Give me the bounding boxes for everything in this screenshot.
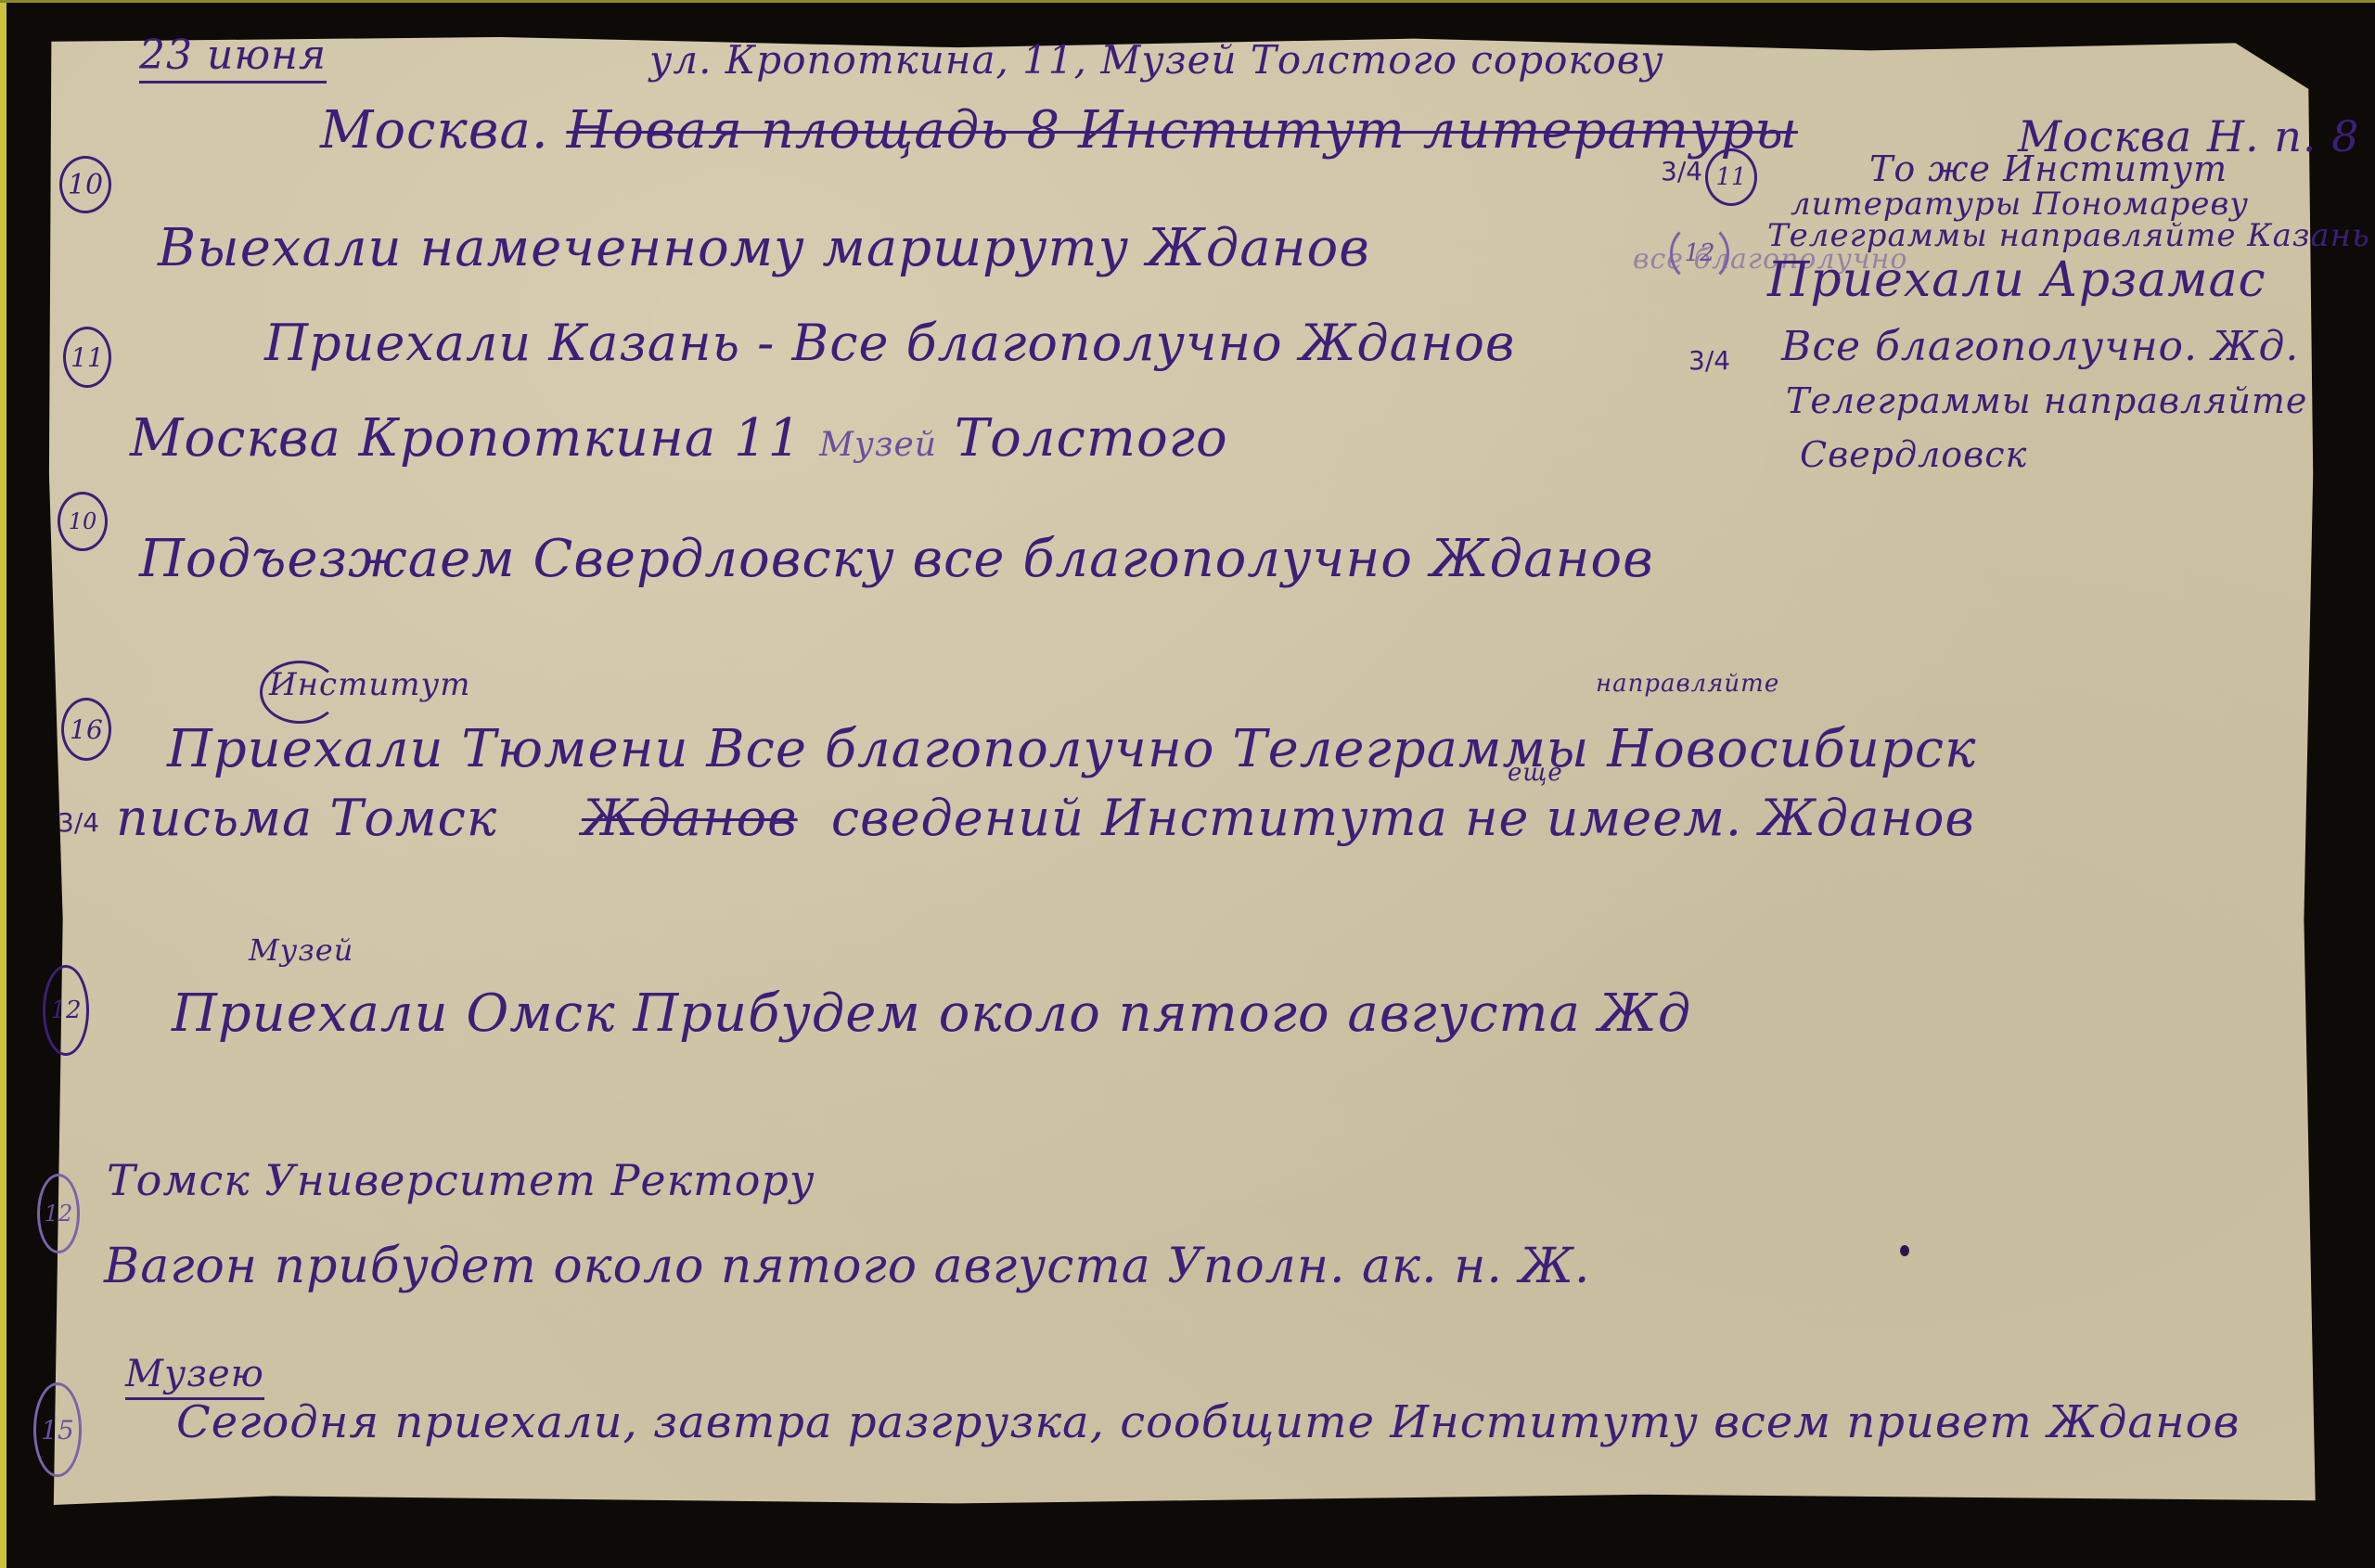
entry-number-circle: 10 [58,492,108,551]
insert-above: Музей [249,932,353,968]
right-entry-line: Свердловск [1800,434,2027,475]
right-entry-line: Все благополучно. Жд. [1781,323,2299,370]
scan-top-strip [0,0,2375,3]
entry-line2: письма Томск Жданов сведений Института н… [116,789,1975,847]
address-correction: ул. Кропоткина, 11, Музей Толстого сорок… [649,37,1664,83]
entry-line1: Приехали Тюмени Все благополучно Телегра… [167,719,1977,779]
entry-text: Приехали Омск Прибудем около пятого авгу… [172,983,1691,1044]
margin-mark: 3/4 [1688,345,1730,376]
entry-number-circle: 15 [33,1382,82,1477]
ink-blot [1900,1245,1909,1256]
entry-address: Томск Университет Ректору [107,1155,815,1205]
insert-above-2: направляйте [1596,670,1779,698]
right-entry-line: То же Институт [1869,148,2227,189]
entry-number-circle: 12 [37,1174,80,1253]
address-city: Москва. [320,100,566,161]
entry-number-circle: 10 [59,156,111,213]
entry-address: Музею [125,1353,264,1400]
entry-number-circle: 11 [1705,148,1757,206]
entry-number-circle: 16 [61,698,111,761]
entry-text: Приехали Казань - Все благополучно Ждано… [264,314,1515,372]
insert-above-3: еще [1508,759,1563,787]
entry-number-circle: 12 [1670,223,1729,284]
entry-text: Сегодня приехали, завтра разгрузка, сооб… [176,1396,2240,1448]
address-line-moscow: Москва. Новая площадь 8 Институт литерат… [320,100,1798,161]
address-struck: Новая площадь 8 Институт литературы [566,100,1797,161]
margin-mark: 3/4 [1661,156,1702,186]
scan-edge-strip [0,0,6,1568]
insert-above: Институт [269,666,470,703]
entry-text: Выехали намеченному маршруту Жданов [158,218,1370,278]
entry-number-circle: 12 [43,965,89,1056]
entry-number-circle: 11 [63,327,111,388]
right-entry-line: Приехали Арзамас [1767,252,2266,308]
entry-text: Вагон прибудет около пятого августа Упол… [104,1239,1590,1294]
right-entry-line: Телеграммы направляйте [1786,380,2307,421]
margin-mark: 3/4 [58,807,99,838]
entry-address: Москва Кропоткина 11 Музей Толстого [130,408,1228,469]
date-heading: 23 июня [139,32,327,84]
entry-text: Подъезжаем Свердловску все благополучно … [139,529,1654,589]
